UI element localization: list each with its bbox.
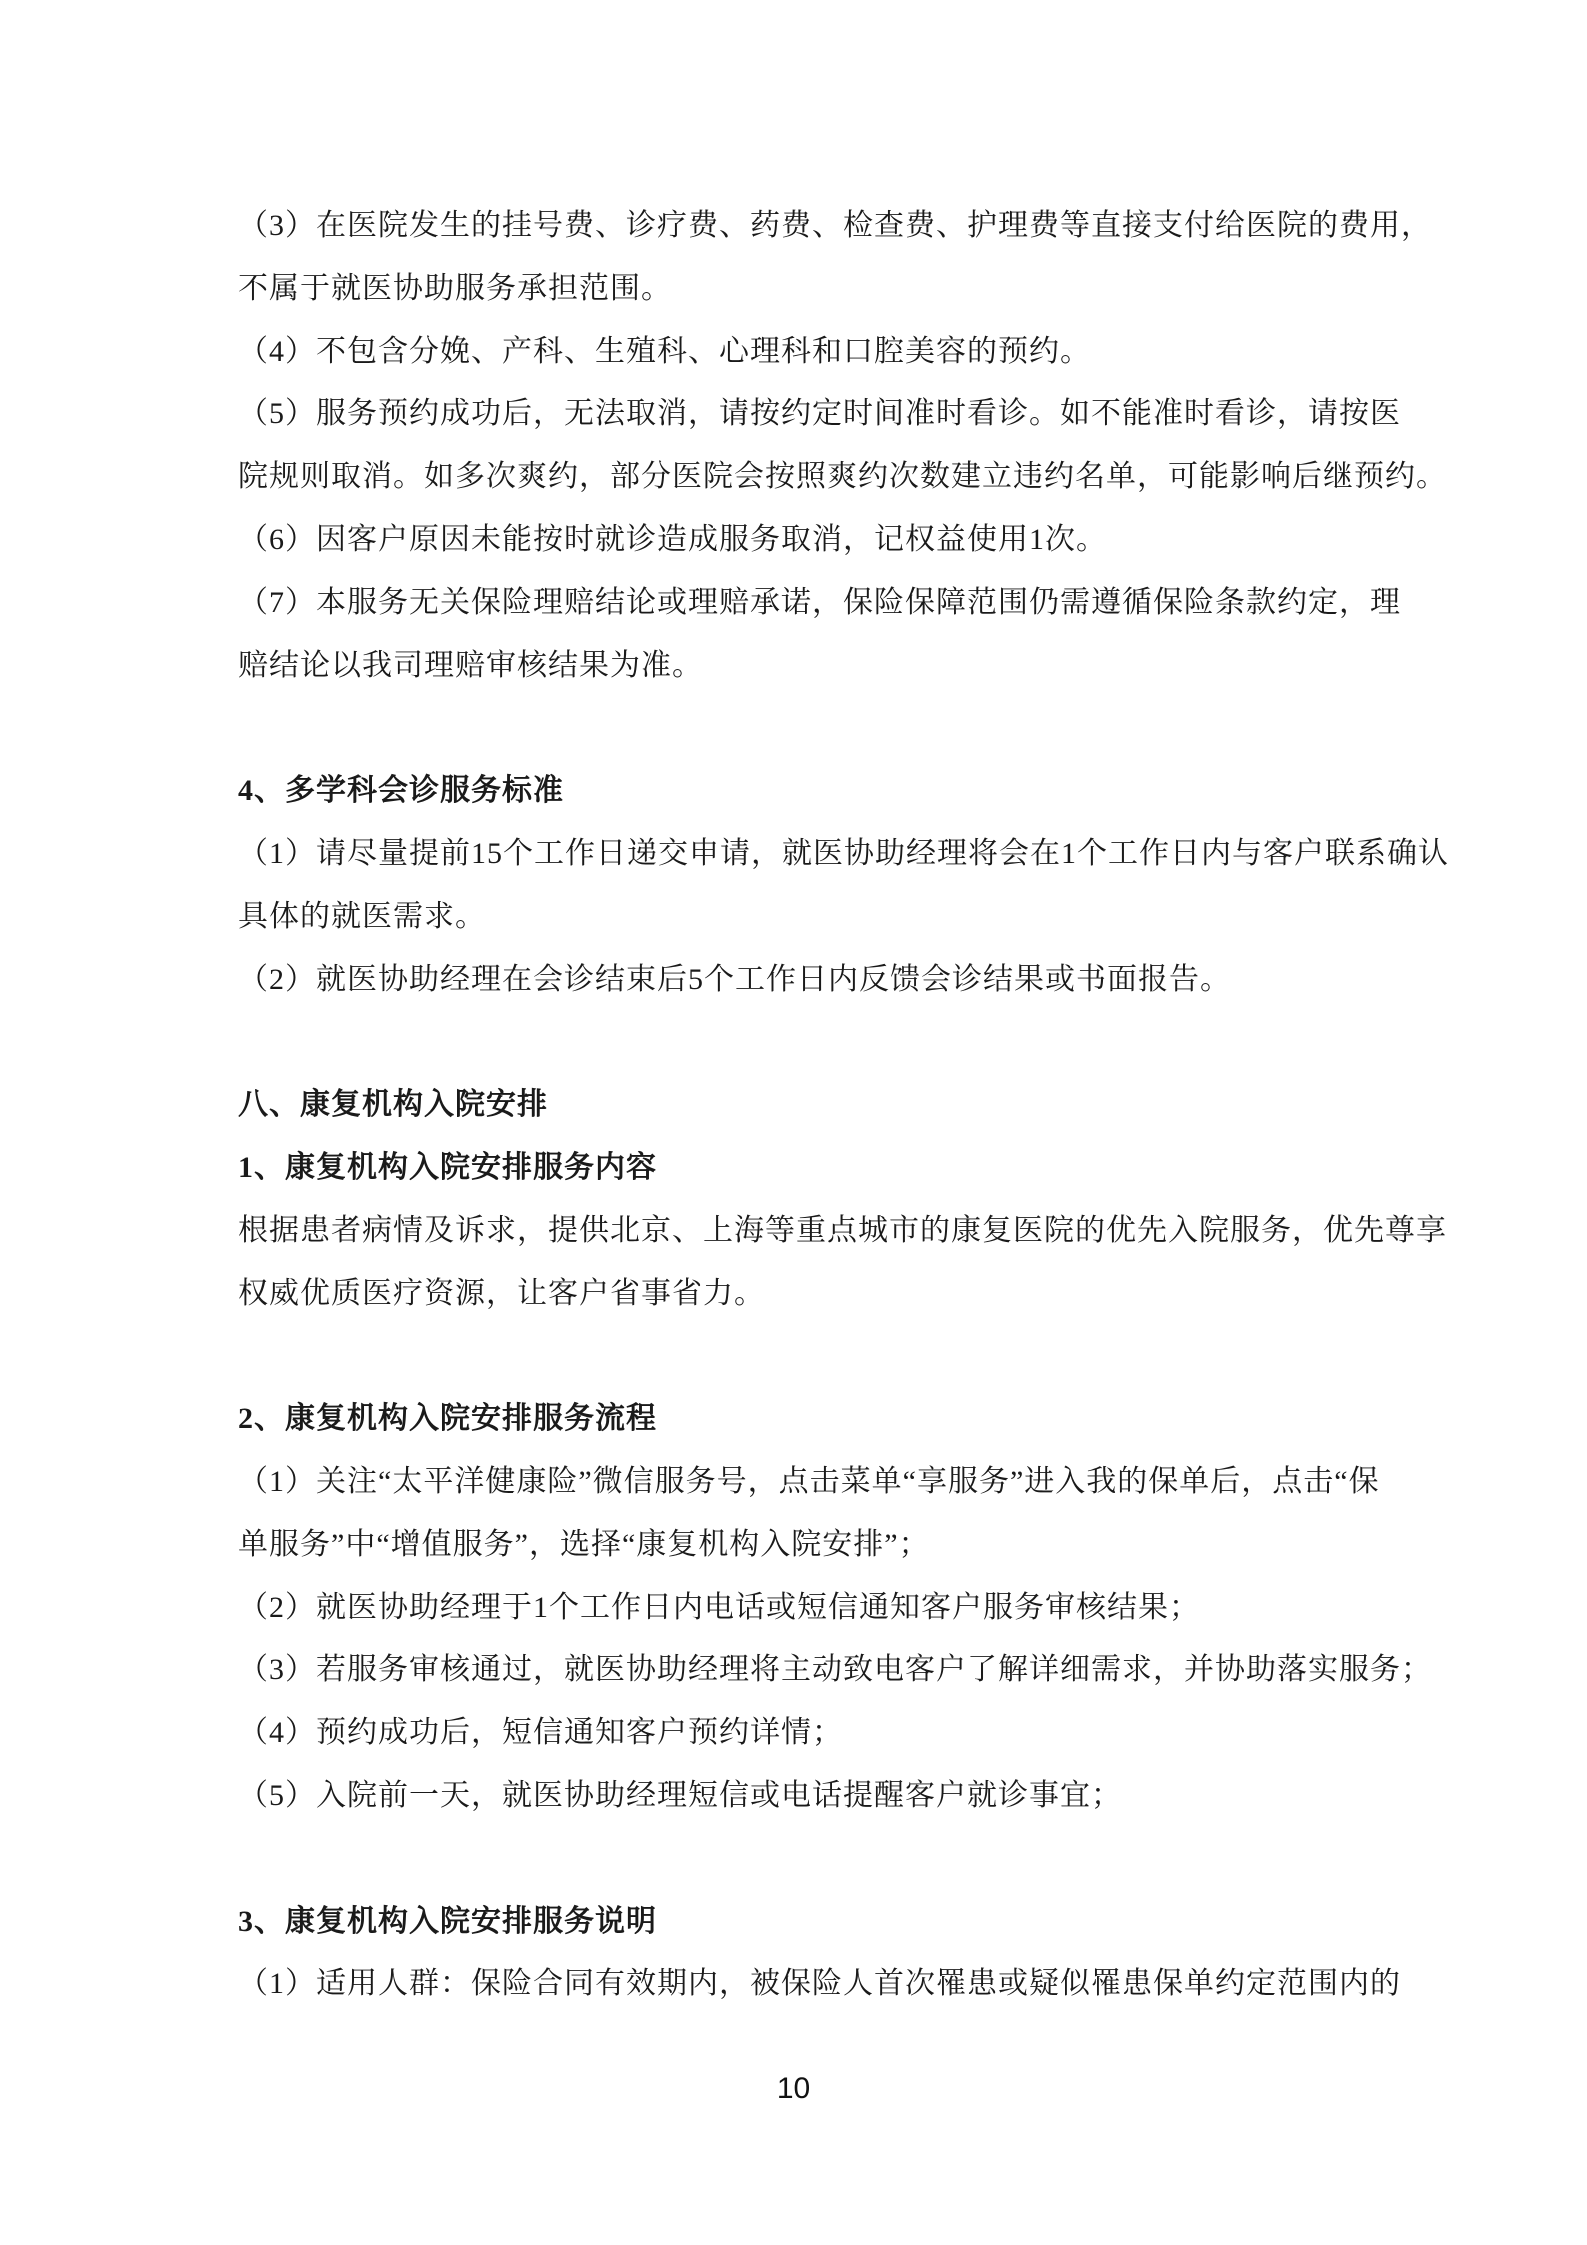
text-line: 不属于就医协助服务承担范围。 [238,258,1448,321]
text-line: （2）就医协助经理于1个工作日内电话或短信通知客户服务审核结果； [238,1577,1448,1640]
blank-line [238,1325,1448,1388]
section-heading-service-notes: 3、康复机构入院安排服务说明 [238,1891,1448,1954]
text-line: （1）请尽量提前15个工作日递交申请，就医协助经理将会在1个工作日内与客户联系确… [238,823,1448,886]
blank-line [238,697,1448,760]
section-heading-mdt-service-standard: 4、多学科会诊服务标准 [238,760,1448,823]
text-line: （2）就医协助经理在会诊结束后5个工作日内反馈会诊结果或书面报告。 [238,949,1448,1012]
text-line: （7）本服务无关保险理赔结论或理赔承诺，保险保障范围仍需遵循保险条款约定，理 [238,572,1448,635]
text-line: （5）入院前一天，就医协助经理短信或电话提醒客户就诊事宜； [238,1765,1448,1828]
text-line: （1）适用人群：保险合同有效期内，被保险人首次罹患或疑似罹患保单约定范围内的 [238,1953,1448,2016]
text-line: 赔结论以我司理赔审核结果为准。 [238,635,1448,698]
text-line: （4）预约成功后，短信通知客户预约详情； [238,1702,1448,1765]
text-line: （5）服务预约成功后，无法取消，请按约定时间准时看诊。如不能准时看诊，请按医 [238,383,1448,446]
page-number: 10 [0,2072,1587,2106]
text-line: 具体的就医需求。 [238,886,1448,949]
text-line: （4）不包含分娩、产科、生殖科、心理科和口腔美容的预约。 [238,321,1448,384]
document-page: （3）在医院发生的挂号费、诊疗费、药费、检查费、护理费等直接支付给医院的费用， … [0,0,1587,2245]
blank-line [238,1828,1448,1891]
text-line: （6）因客户原因未能按时就诊造成服务取消，记权益使用1次。 [238,509,1448,572]
document-body: （3）在医院发生的挂号费、诊疗费、药费、检查费、护理费等直接支付给医院的费用， … [238,195,1448,2016]
text-line: 权威优质医疗资源，让客户省事省力。 [238,1263,1448,1326]
text-line: （3）若服务审核通过，就医协助经理将主动致电客户了解详细需求，并协助落实服务； [238,1639,1448,1702]
section-heading-service-content: 1、康复机构入院安排服务内容 [238,1137,1448,1200]
text-line: （3）在医院发生的挂号费、诊疗费、药费、检查费、护理费等直接支付给医院的费用， [238,195,1448,258]
section-heading-rehab-admission: 八、康复机构入院安排 [238,1074,1448,1137]
text-line: 单服务”中“增值服务”，选择“康复机构入院安排”； [238,1514,1448,1577]
text-line: （1）关注“太平洋健康险”微信服务号，点击菜单“享服务”进入我的保单后，点击“保 [238,1451,1448,1514]
section-heading-service-process: 2、康复机构入院安排服务流程 [238,1388,1448,1451]
text-line: 院规则取消。如多次爽约，部分医院会按照爽约次数建立违约名单，可能影响后继预约。 [238,446,1448,509]
blank-line [238,1011,1448,1074]
text-line: 根据患者病情及诉求，提供北京、上海等重点城市的康复医院的优先入院服务，优先尊享 [238,1200,1448,1263]
